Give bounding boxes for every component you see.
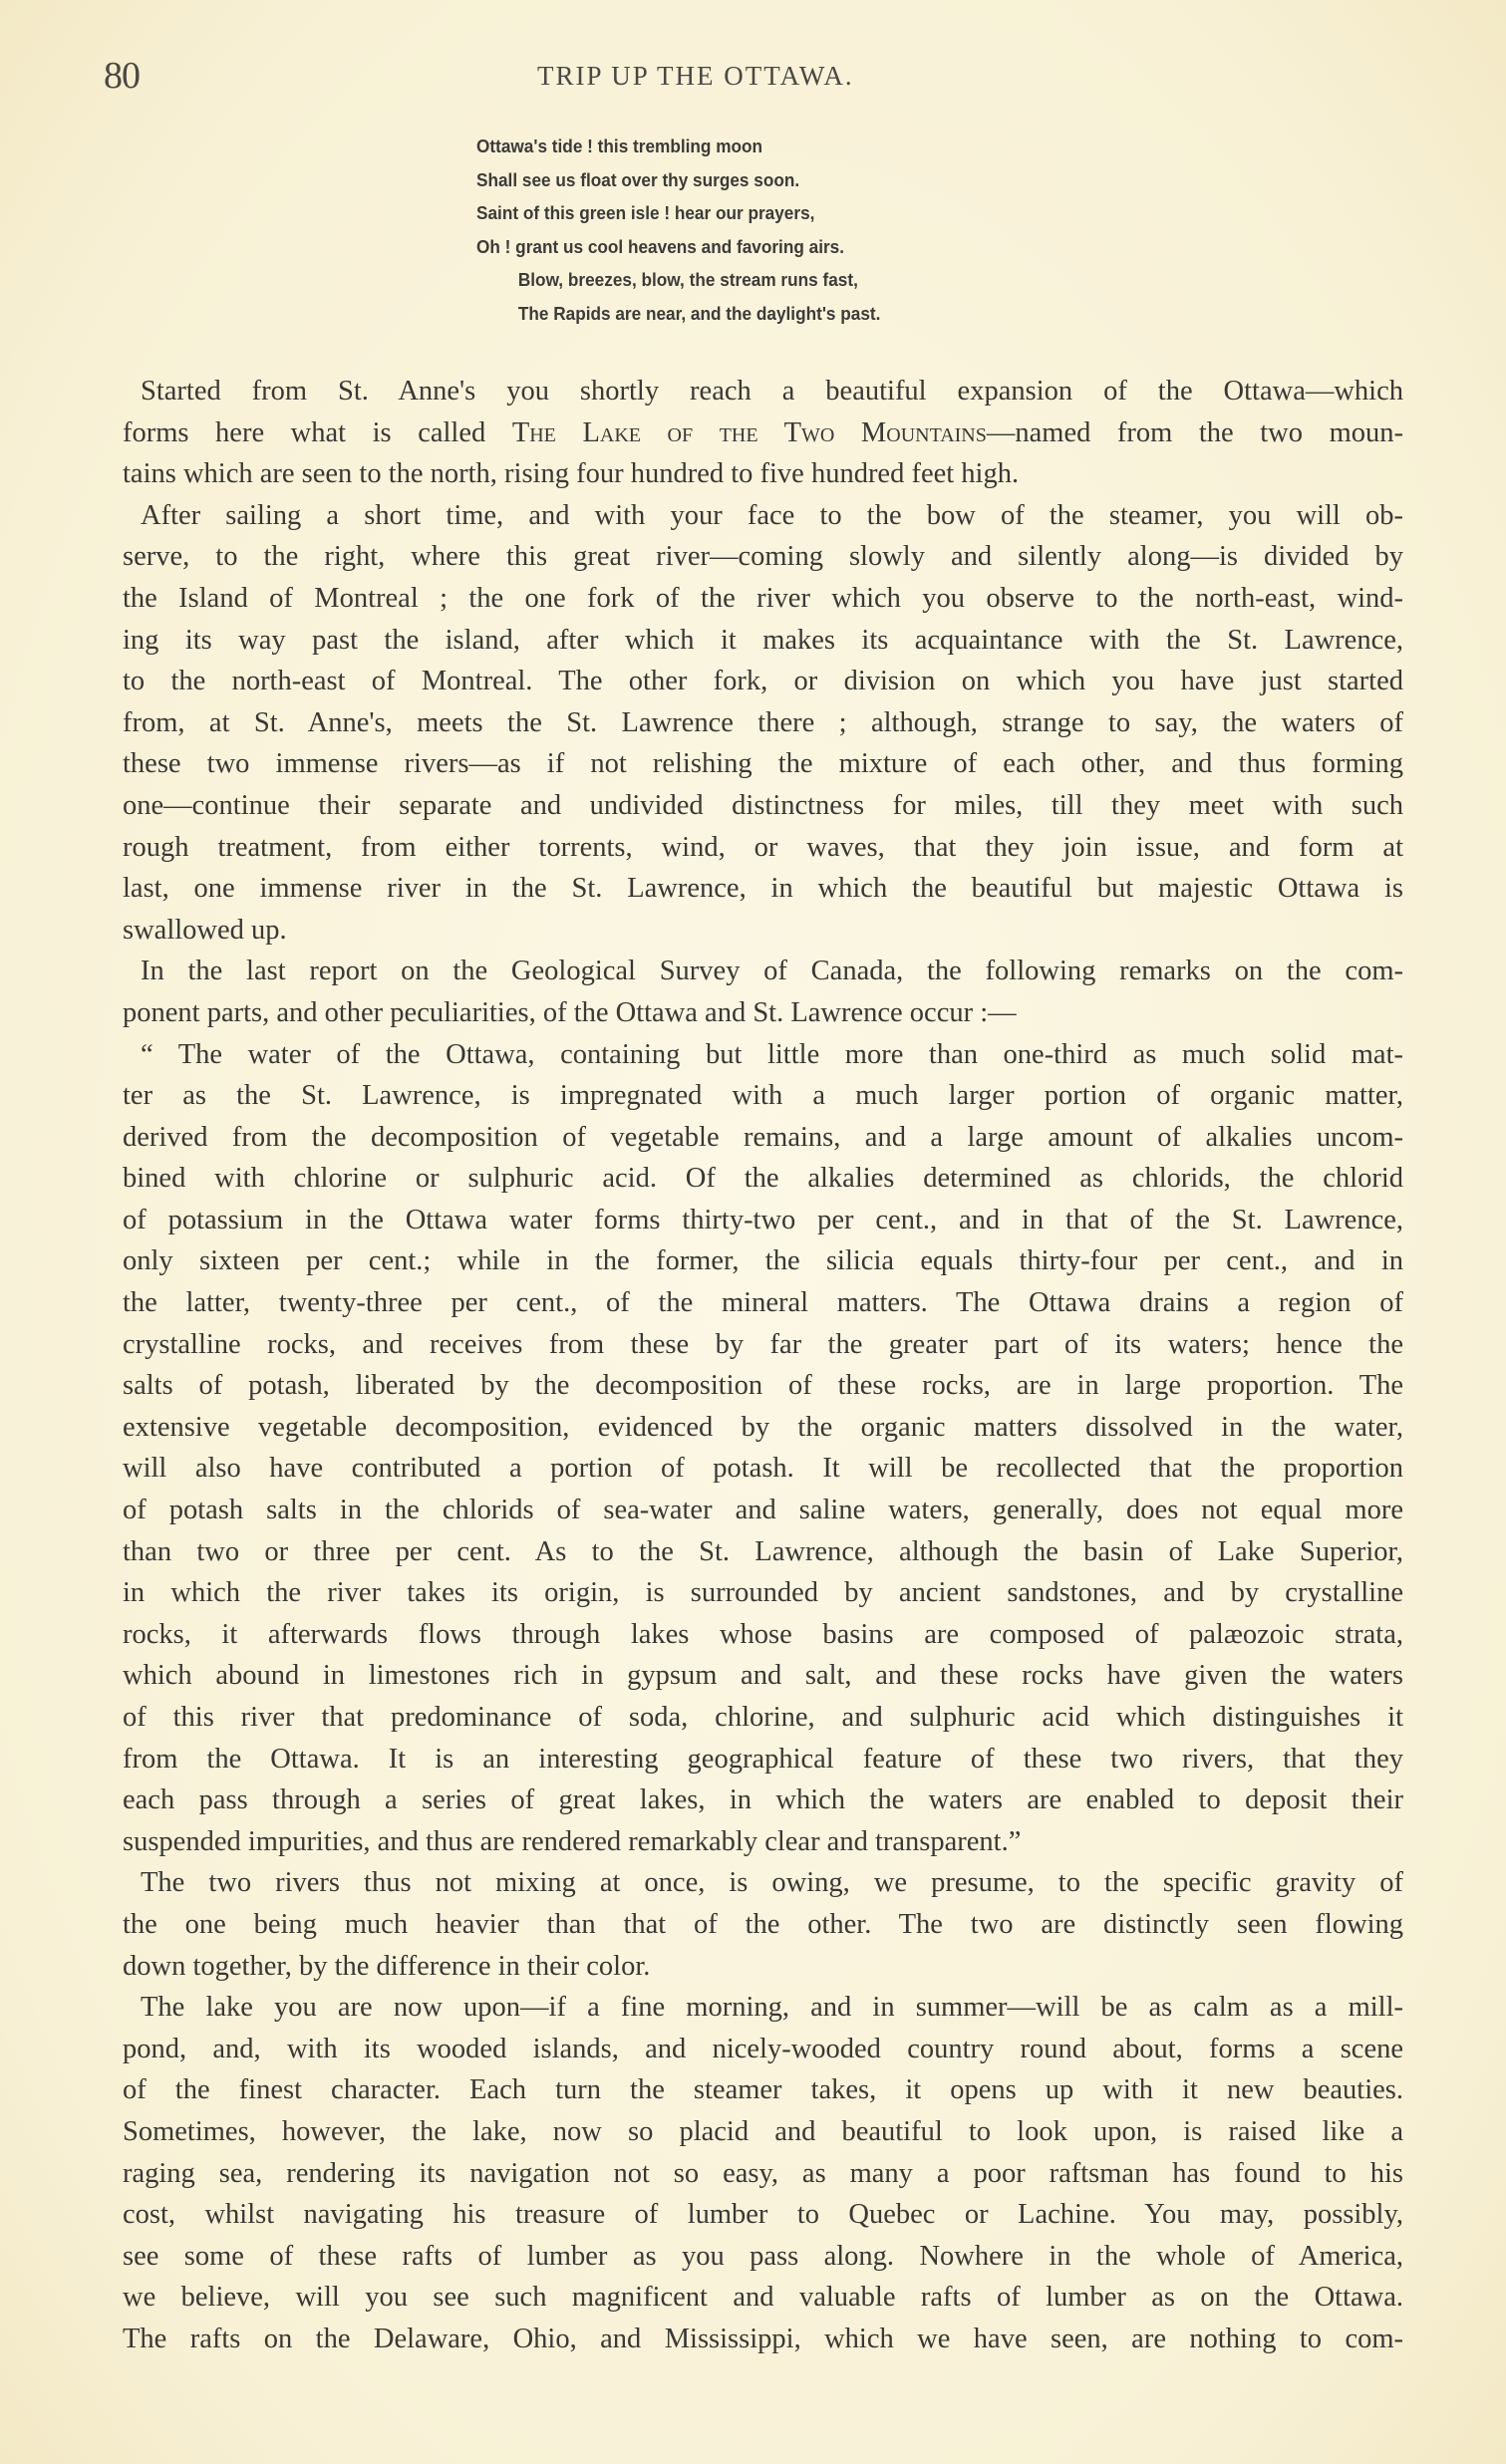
text-line: the latter, twenty-three per cent., of t… — [123, 1282, 1403, 1324]
body-text: Started from St. Anne's you shortly reac… — [123, 371, 1403, 2360]
text-line: down together, by the difference in thei… — [123, 1946, 1403, 1988]
text-line: will also have contributed a portion of … — [123, 1448, 1403, 1490]
place-name-small-caps: The Lake of the Two Mountains — [512, 417, 987, 448]
text-line: pond, and, with its wooded islands, and … — [123, 2029, 1403, 2070]
text-line: one—continue their separate and undivide… — [123, 785, 1403, 827]
verse-line: The Rapids are near, and the daylight's … — [476, 297, 1033, 331]
text-line: cost, whilst navigating his treasure of … — [123, 2194, 1403, 2236]
text-line: derived from the decomposition of vegeta… — [123, 1117, 1403, 1159]
text-line: of this river that predominance of soda,… — [123, 1697, 1403, 1739]
text-line: swallowed up. — [123, 910, 1403, 952]
page-number: 80 — [104, 52, 140, 100]
text-line: In the last report on the Geological Sur… — [123, 951, 1403, 992]
verse-line: Ottawa's tide ! this trembling moon — [476, 130, 1033, 163]
text-line: the one being much heavier than that of … — [123, 1904, 1403, 1946]
text-line: extensive vegetable decomposition, evide… — [123, 1407, 1403, 1449]
text-line: in which the river takes its origin, is … — [123, 1572, 1403, 1614]
text-line: suspended impurities, and thus are rende… — [123, 1821, 1403, 1863]
text-line: ponent parts, and other peculiarities, o… — [123, 992, 1403, 1034]
verse-line: Blow, breezes, blow, the stream runs fas… — [476, 263, 1033, 297]
text-line: The rafts on the Delaware, Ohio, and Mis… — [123, 2319, 1403, 2360]
book-page: 80 TRIP UP THE OTTAWA. Ottawa's tide ! t… — [0, 0, 1506, 2464]
verse-line: Shall see us float over thy surges soon. — [476, 163, 1033, 197]
verse-line: Oh ! grant us cool heavens and favoring … — [476, 230, 1033, 264]
text-line: the Island of Montreal ; the one fork of… — [123, 578, 1403, 620]
text-line: ing its way past the island, after which… — [123, 620, 1403, 662]
running-head: 80 TRIP UP THE OTTAWA. — [104, 52, 1409, 100]
text-line: of the finest character. Each turn the s… — [123, 2069, 1403, 2111]
text-line: we believe, will you see such magnificen… — [123, 2277, 1403, 2319]
text-line: each pass through a series of great lake… — [123, 1780, 1403, 1821]
text-line: only sixteen per cent.; while in the for… — [123, 1240, 1403, 1282]
text-line: bined with chlorine or sulphuric acid. O… — [123, 1158, 1403, 1200]
text-line: these two immense rivers—as if not relis… — [123, 743, 1403, 785]
text-line: The two rivers thus not mixing at once, … — [123, 1862, 1403, 1904]
text-line: After sailing a short time, and with you… — [123, 495, 1403, 537]
text-line: rocks, it afterwards flows through lakes… — [123, 1614, 1403, 1656]
text-line: to the north-east of Montreal. The other… — [123, 661, 1403, 702]
text-line: serve, to the right, where this great ri… — [123, 536, 1403, 578]
text-line: ter as the St. Lawrence, is impregnated … — [123, 1075, 1403, 1117]
running-title: TRIP UP THE OTTAWA. — [537, 56, 854, 96]
text-line: from the Ottawa. It is an interesting ge… — [123, 1739, 1403, 1780]
text-line: “ The water of the Ottawa, containing bu… — [123, 1034, 1403, 1076]
text-line: salts of potash, liberated by the decomp… — [123, 1365, 1403, 1407]
verse-line: Saint of this green isle ! hear our pray… — [476, 196, 1033, 230]
text-line: crystalline rocks, and receives from the… — [123, 1324, 1403, 1366]
text-line: of potash salts in the chlorids of sea-w… — [123, 1490, 1403, 1531]
text-line: of potassium in the Ottawa water forms t… — [123, 1200, 1403, 1241]
text-line: than two or three per cent. As to the St… — [123, 1531, 1403, 1573]
text-line: rough treatment, from either torrents, w… — [123, 827, 1403, 869]
text-line: which abound in limestones rich in gypsu… — [123, 1655, 1403, 1697]
text-line: Sometimes, however, the lake, now so pla… — [123, 2111, 1403, 2153]
text-line: raging sea, rendering its navigation not… — [123, 2153, 1403, 2195]
text-line: forms here what is called The Lake of th… — [123, 412, 1403, 454]
text-line: from, at St. Anne's, meets the St. Lawre… — [123, 702, 1403, 744]
text-line: tains which are seen to the north, risin… — [123, 453, 1403, 495]
verse-stanza: Ottawa's tide ! this trembling moon Shal… — [476, 130, 1033, 330]
text-line: last, one immense river in the St. Lawre… — [123, 868, 1403, 910]
text-line: The lake you are now upon—if a fine morn… — [123, 1987, 1403, 2029]
text-line: Started from St. Anne's you shortly reac… — [123, 371, 1403, 412]
text-line: see some of these rafts of lumber as you… — [123, 2236, 1403, 2278]
